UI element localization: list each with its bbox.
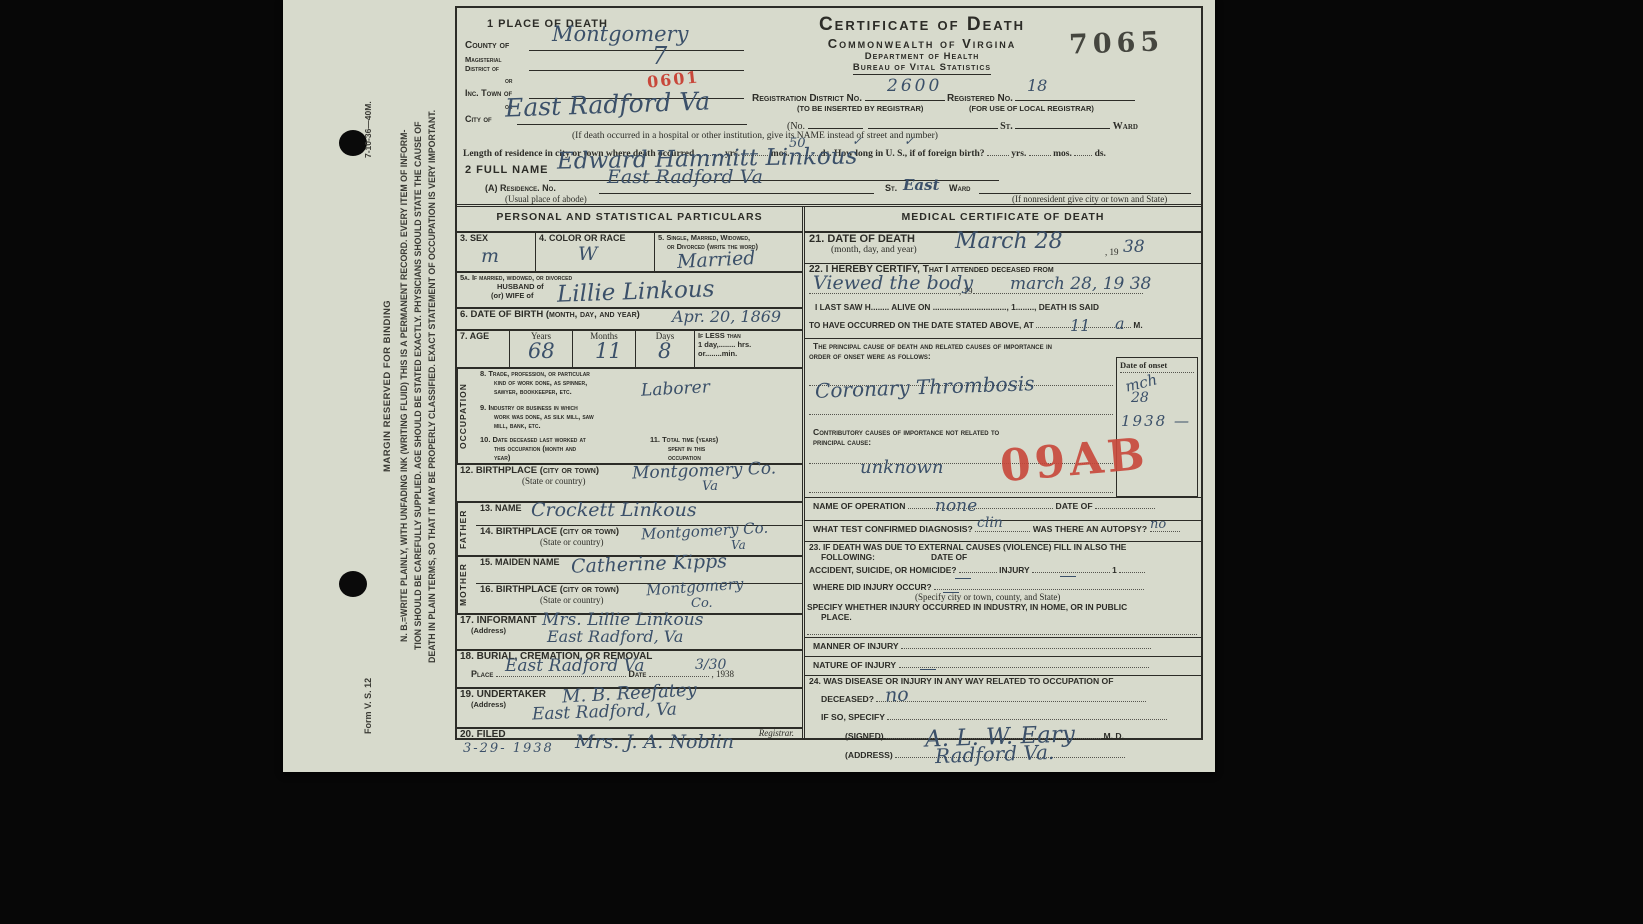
s15-label: 15. MAIDEN NAME: [480, 557, 560, 567]
s23-where-line: [934, 579, 1144, 590]
mother-side-label: MOTHER: [457, 557, 476, 613]
s24-line: [876, 691, 1146, 702]
residence-label: (A) Residence. No.: [485, 183, 556, 193]
residence-length-row: Length of residence in city or town wher…: [463, 145, 1106, 159]
row-undertaker: 19. UNDERTAKER (Address) M. B. Reefatey …: [457, 689, 802, 729]
registration-row: Registration District No. Registered No.: [752, 90, 1135, 104]
us-mos-line: [1029, 145, 1051, 156]
s9-label-c: mill, bank, etc.: [494, 421, 802, 430]
ds-label: ds.: [820, 149, 831, 159]
onset-value-2: 28: [1131, 390, 1149, 406]
us-mos-label: mos.: [1053, 149, 1072, 159]
nonresident-note: (If nonresident give city or town and St…: [1012, 194, 1167, 204]
row-operation: NAME OF OPERATION DATE OF none: [805, 498, 1201, 521]
ward-line: [979, 183, 1191, 194]
row-5a-spouse: 5a. If married, widowed, or divorced HUS…: [457, 273, 802, 309]
s13-label: 13. NAME: [480, 503, 522, 513]
s16-state-note: (State or country): [540, 595, 802, 605]
autopsy-label: WAS THERE AN AUTOPSY?: [1033, 524, 1147, 534]
margin-print-code: 7-10-36—40M.: [363, 28, 373, 158]
occupation-group: OCCUPATION 8. Trade, profession, or part…: [457, 369, 802, 465]
ifso-row: IF SO, SPECIFY: [821, 709, 1201, 722]
s20-date: 3-29- 1938: [463, 741, 554, 756]
s18-date-label: Date: [628, 669, 646, 679]
signed-address-label: (ADDRESS): [845, 750, 893, 760]
dateof-label: DATE OF: [1056, 501, 1093, 511]
s8-label-a: 8. Trade, profession, or particular: [480, 369, 802, 378]
s24-label-1: 24. WAS DISEASE OR INJURY IN ANY WAY REL…: [809, 676, 1201, 686]
race-label: 4. COLOR OR RACE: [539, 233, 626, 243]
or-label-1: or: [505, 76, 513, 85]
medical-column: MEDICAL CERTIFICATE OF DEATH 21. DATE OF…: [805, 207, 1201, 738]
us-yrs-line: [987, 145, 1009, 156]
dob-label: 6. DATE OF BIRTH (month, day, and year): [460, 309, 640, 320]
reg-note-2: (FOR USE OF LOCAL REGISTRAR): [969, 104, 1094, 113]
county-label: County of: [465, 40, 509, 51]
mother-group: MOTHER 15. MAIDEN NAME Catherine Kipps 1…: [457, 557, 802, 615]
signed-line: [886, 728, 1101, 739]
s21-label: 21. DATE OF DEATH: [809, 233, 915, 245]
operation-label: NAME OF OPERATION: [813, 501, 905, 511]
serial-number-stamp: 7065: [1068, 26, 1164, 60]
st-label: St.: [1000, 121, 1013, 132]
row-occupation-related: 24. WAS DISEASE OR INJURY IN ANY WAY REL…: [805, 676, 1201, 760]
s22-hour-line: [1036, 317, 1131, 328]
age-months-value: 11: [595, 339, 622, 363]
inc-town-label: Inc. Town of: [465, 88, 512, 98]
s22-occurred-row: TO HAVE OCCURRED ON THE DATE STATED ABOV…: [809, 317, 1201, 330]
bureau-line: Bureau of Vital Statistics: [853, 62, 991, 75]
row-manner: MANNER OF INJURY: [805, 638, 1201, 657]
hospital-note: (If death occurred in a hospital or othe…: [572, 131, 938, 141]
s23-injury-label: INJURY: [999, 565, 1029, 575]
manner-line: [901, 638, 1151, 649]
place-of-death-section: 1 PLACE OF DEATH Certificate of Death Co…: [457, 8, 1201, 207]
s11-label-b: spent in this: [668, 444, 802, 453]
s23-acc-label: ACCIDENT, SUICIDE, OR HOMICIDE?: [809, 565, 957, 575]
s14-state-note: (State or country): [540, 537, 802, 547]
row-date-of-birth: 6. DATE OF BIRTH (month, day, and year) …: [457, 309, 802, 331]
signed-address-row: (ADDRESS): [845, 747, 1201, 760]
us-yrs-label: yrs.: [1011, 149, 1026, 159]
s23-one-line: [1119, 562, 1145, 573]
s9-label-b: work was done, as silk mill, saw: [494, 412, 802, 421]
commonwealth-line: Commonwealth of Virgina: [747, 36, 1097, 51]
s11-label-c: occupation: [668, 453, 802, 462]
residence-line: [599, 183, 874, 194]
inc-town-line: [529, 88, 744, 99]
s12-state-note: (State or country): [522, 476, 802, 486]
s5a-label-1: 5a. If married, widowed, or divorced: [460, 273, 802, 282]
autopsy-line: [1150, 521, 1180, 532]
occupation-side-label: OCCUPATION: [457, 369, 476, 463]
s23-injury-dash: [1060, 568, 1076, 577]
s19-label: 19. UNDERTAKER: [460, 689, 546, 700]
test-line: [975, 521, 1030, 532]
s11-label-a: 11. Total time (years): [650, 435, 802, 444]
row-filed: 20. FILED 3-29- 1938 Mrs. J. A. Noblin R…: [457, 729, 802, 740]
operation-line: [908, 498, 1053, 509]
s22-occurred-label: TO HAVE OCCURRED ON THE DATE STATED ABOV…: [809, 320, 1034, 330]
medical-header: MEDICAL CERTIFICATE OF DEATH: [805, 207, 1201, 233]
s10-label-c: year): [494, 453, 650, 462]
ifso-label: IF SO, SPECIFY: [821, 712, 885, 722]
res-ds-line: [792, 145, 818, 156]
contrib-line-1: [809, 453, 1113, 464]
s23-accident-row: ACCIDENT, SUICIDE, OR HOMICIDE? INJURY 1: [809, 562, 1201, 575]
county-line: [529, 40, 744, 51]
marital-label-2: or Divorced (write the word): [667, 242, 802, 251]
s23-label-1: 23. IF DEATH WAS DUE TO EXTERNAL CAUSES …: [809, 542, 1201, 552]
no-line: [808, 118, 863, 129]
onset-value-1: mch: [1123, 370, 1159, 395]
margin-nb-line2: TION SHOULD BE CAREFULLY SUPPLIED. AGE S…: [413, 0, 423, 772]
s22-m-label: M.: [1133, 320, 1142, 330]
res-mos-line: [742, 145, 768, 156]
sex-value: m: [481, 245, 499, 267]
s23-specify-note: (Specify city or town, county, and State…: [915, 592, 1201, 602]
margin-nb-line3: DEATH IN PLAIN TERMS, SO THAT IT MAY BE …: [427, 0, 437, 772]
ward-label: Ward: [1113, 121, 1138, 132]
ifso-line: [887, 709, 1167, 720]
s17-label: 17. INFORMANT: [460, 615, 537, 626]
s23-where-label: WHERE DID INJURY OCCUR?: [813, 582, 932, 592]
us-length-label: How long in U. S., if of foreign birth?: [834, 149, 985, 159]
s12-label: 12. BIRTHPLACE (city or town): [460, 465, 599, 476]
signed-row: (SIGNED) M. D.: [845, 728, 1201, 741]
s14-label: 14. BIRTHPLACE (city or town): [480, 526, 619, 537]
onset-value-3: 1938 —: [1121, 412, 1191, 430]
s23-label-2: FOLLOWING:: [821, 552, 931, 562]
residence-st-label: St.: [885, 183, 897, 193]
s23-bottom-line: [807, 624, 1197, 635]
s10-label-a: 10. Date deceased last worked at: [480, 435, 650, 444]
s8-label-b: kind of work done, as spinner,: [494, 378, 802, 387]
s23-where-row: WHERE DID INJURY OCCUR?: [813, 579, 1201, 592]
section-1-title: 1 PLACE OF DEATH: [487, 18, 608, 30]
s19-address-note: (Address): [471, 700, 802, 709]
city-line: [517, 114, 747, 125]
cause-contrib-wrap: The principal cause of death and related…: [805, 339, 1201, 498]
ifless-1: If LESS than: [698, 331, 802, 340]
or-label-2: or: [505, 102, 513, 111]
nature-line: [899, 657, 1149, 668]
row-external-causes: 23. IF DEATH WAS DUE TO EXTERNAL CAUSES …: [805, 542, 1201, 638]
street-ward-row: (No. St. Ward: [787, 118, 1138, 132]
margin-binding-note: MARGIN RESERVED FOR BINDING: [382, 0, 393, 772]
s24-label-2: DECEASED?: [821, 694, 874, 704]
s23-spec-1: SPECIFY WHETHER INJURY OCCURRED IN INDUS…: [807, 602, 1201, 612]
personal-header: PERSONAL AND STATISTICAL PARTICULARS: [457, 207, 802, 233]
age-years-value: 68: [528, 339, 555, 363]
certificate-heading: Certificate of Death Commonwealth of Vir…: [747, 14, 1097, 75]
s24-deceased-row: DECEASED?: [821, 691, 1201, 704]
punch-hole-bottom: [339, 571, 367, 597]
magisterial-label: Magisterial: [465, 55, 502, 64]
s8-label-c: sawyer, bookkeeper, etc.: [494, 387, 802, 396]
s22-printed-19: , 19: [959, 286, 973, 296]
death-certificate-scan: 7-10-36—40M. Form V. S. 12 MARGIN RESERV…: [283, 0, 1215, 772]
sex-label: 3. SEX: [460, 233, 488, 243]
signed-address-line: [895, 747, 1125, 758]
s23-acc-dash: [955, 570, 971, 579]
date-of-onset-box: Date of onset mch 28 1938 —: [1116, 357, 1198, 497]
nature-label: NATURE OF INJURY: [813, 660, 896, 670]
s20-label: 20. FILED: [460, 729, 802, 740]
days-header: Days: [656, 331, 675, 341]
certificate-form: 1 PLACE OF DEATH Certificate of Death Co…: [455, 6, 1203, 740]
reg-note-1: (TO BE INSERTED BY REGISTRAR): [797, 104, 923, 113]
margin-nb-line1: N. B.=WRITE PLAINLY, WITH UNFADING INK (…: [399, 0, 409, 772]
father-group: FATHER 13. NAME Crockett Linkous 14. BIR…: [457, 503, 802, 557]
s23-where-dash: [943, 584, 959, 593]
signed-label: (SIGNED): [845, 731, 884, 741]
district-of-label: District of: [465, 64, 499, 73]
residence-length-label: Length of residence in city or town wher…: [463, 149, 694, 159]
marital-label-1: 5. Single, Married, Widowed,: [658, 233, 802, 242]
us-ds-line: [1074, 145, 1092, 156]
s13-value: Crockett Linkous: [531, 499, 697, 521]
s22-label: 22. I HEREBY CERTIFY, That I attended de…: [809, 264, 1201, 275]
row-certify: 22. I HEREBY CERTIFY, That I attended de…: [805, 264, 1201, 339]
full-name-line: [549, 170, 999, 181]
row-age: 7. AGE Years 68 Months 11 Days 8 If LESS…: [457, 331, 802, 369]
manner-label: MANNER OF INJURY: [813, 641, 899, 651]
s18-date-line: [649, 666, 709, 677]
registered-line: [1015, 90, 1135, 101]
test-label: WHAT TEST CONFIRMED DIAGNOSIS?: [813, 524, 973, 534]
yrs-label: yrs.: [725, 149, 740, 159]
s23-one: 1: [1112, 565, 1117, 575]
months-header: Months: [590, 331, 618, 341]
cause-intro-1: The principal cause of death and related…: [813, 341, 1201, 351]
department-line: Department of Health: [747, 51, 1097, 62]
age-days-value: 8: [658, 339, 671, 363]
st-line: [1015, 118, 1110, 129]
s18-year-printed: , 1938: [711, 669, 734, 679]
certificate-title: Certificate of Death: [747, 14, 1097, 36]
row-burial: 18. BURIAL, CREMATION, OR REMOVAL Place …: [457, 651, 802, 689]
s18-place-line: [496, 666, 626, 677]
s16-label: 16. BIRTHPLACE (city or town): [480, 584, 619, 595]
row-birthplace: 12. BIRTHPLACE (city or town) (State or …: [457, 465, 802, 503]
cause-line-2: [809, 404, 1113, 415]
s23-spec-2: PLACE.: [821, 612, 1201, 622]
row-test: WHAT TEST CONFIRMED DIAGNOSIS? WAS THERE…: [805, 521, 1201, 542]
dob-value: Apr. 20, 1869: [672, 307, 781, 326]
us-ds-label: ds.: [1095, 149, 1106, 159]
district-line: [529, 60, 744, 71]
reg-district-label: Registration District No.: [752, 93, 862, 104]
years-header: Years: [531, 331, 551, 341]
city-label: City of: [465, 114, 492, 124]
ifless-2: 1 day,........ hrs.: [698, 340, 802, 349]
s21-printed-19: , 19: [1105, 247, 1119, 257]
s10-label-b: this occupation (month and: [494, 444, 650, 453]
s5a-label-3: (or) WIFE of: [491, 291, 802, 300]
s21-sub: (month, day, and year): [831, 245, 1201, 255]
s22-lastsaw: I LAST SAW H........ ALIVE ON ..........…: [815, 302, 1201, 312]
row-informant: 17. INFORMANT (Address) Mrs. Lillie Link…: [457, 615, 802, 651]
registered-label: Registered No.: [947, 93, 1013, 104]
street-line: [868, 118, 998, 129]
s18-place-label: Place: [471, 669, 493, 679]
s18-label: 18. BURIAL, CREMATION, OR REMOVAL: [460, 651, 802, 662]
s23-dateof-1: DATE OF: [931, 552, 967, 562]
ifless-3: or........min.: [698, 349, 802, 358]
contrib-line-2: [809, 482, 1113, 493]
s22-line-2: [973, 283, 1143, 294]
operation-date-line: [1095, 498, 1155, 509]
registrar-note: Registrar.: [759, 728, 794, 738]
s17-address-note: (Address): [471, 626, 802, 635]
form-columns: PERSONAL AND STATISTICAL PARTICULARS 3. …: [457, 207, 1201, 738]
onset-label: Date of onset: [1120, 360, 1194, 373]
row-nature: NATURE OF INJURY: [805, 657, 1201, 676]
father-side-label: FATHER: [457, 503, 476, 555]
full-name-label: 2 FULL NAME: [465, 164, 549, 176]
reg-district-line: [865, 90, 945, 101]
race-value: W: [578, 243, 598, 265]
s22-line-1: [809, 283, 959, 294]
personal-column: PERSONAL AND STATISTICAL PARTICULARS 3. …: [457, 207, 805, 738]
s9-label-a: 9. Industry or business in which: [480, 403, 802, 412]
cause-line-1: [809, 375, 1113, 386]
row-sex-race-marital: 3. SEX m 4. COLOR OR RACE W 5. Single, M…: [457, 233, 802, 273]
res-yrs-line: [697, 145, 723, 156]
margin-form-number: Form V. S. 12: [363, 624, 373, 734]
abode-note: (Usual place of abode): [505, 194, 587, 204]
nature-dash: [920, 661, 936, 670]
age-label: 7. AGE: [460, 331, 489, 341]
md-label: M. D.: [1103, 731, 1124, 741]
row-date-of-death: 21. DATE OF DEATH (month, day, and year)…: [805, 233, 1201, 264]
residence-ward-label: Ward: [949, 183, 971, 193]
mos-label: mos.: [771, 149, 790, 159]
s5a-label-2: HUSBAND of: [497, 282, 802, 291]
